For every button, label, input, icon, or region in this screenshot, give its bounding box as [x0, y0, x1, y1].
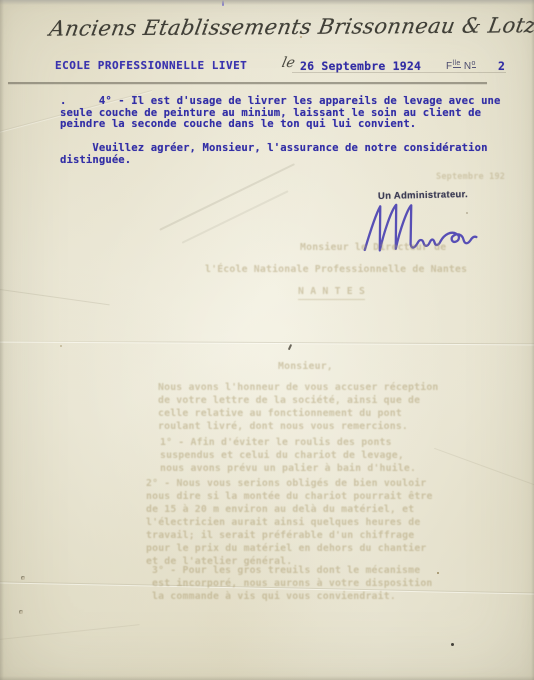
emboss-stroke [159, 163, 294, 230]
header-rule [8, 82, 487, 84]
ghost-recipient-city: N A N T E S [298, 285, 365, 300]
ghost-paragraph: 1° - Afin d'éviter le roulis des ponts s… [160, 436, 416, 475]
ghost-paragraph: Nous avons l'honneur de vous accuser réc… [158, 381, 439, 433]
ghost-date-fragment: Septembre 192 [436, 171, 505, 184]
ghost-paragraph: 2° - Nous vous serions obligés de bien v… [146, 477, 433, 568]
ghost-recipient-line: Monsieur le Directeur de [300, 241, 446, 254]
scan-edge-left [0, 0, 4, 680]
dark-speck [451, 643, 454, 646]
ink-mark-top-edge [222, 0, 224, 6]
closing-paragraph: Veuillez agréer, Monsieur, l'assurance d… [60, 143, 488, 166]
fold-crease-middle [0, 341, 534, 347]
crease-left-mid [0, 288, 110, 308]
ink-slash-mark [288, 344, 292, 350]
pin-hole [21, 576, 25, 580]
speck [60, 345, 62, 347]
folio-label: Flle No [446, 60, 476, 72]
school-stamp: ECOLE PROFESSIONNELLE LIVET [55, 59, 247, 72]
ghost-greeting: Monsieur, [278, 360, 333, 373]
company-name-script: Anciens Etablissements Brissonneau & Lot… [48, 13, 534, 40]
crease-right-bottom [433, 448, 534, 495]
scan-edge-bottom [0, 676, 534, 680]
ghost-recipient-line: l'École Nationale Professionnelle de Nan… [205, 263, 467, 276]
speck [437, 572, 439, 574]
pin-hole [19, 610, 23, 614]
ghost-paragraph: 3° - Pour les gros treuils dont le mécan… [152, 564, 433, 603]
scan-edge-top [0, 0, 534, 5]
folio-number: 2 [498, 59, 505, 73]
speck [466, 212, 468, 214]
foxing-dot [300, 36, 302, 38]
scanned-letter-page: Anciens Etablissements Brissonneau & Lot… [0, 0, 534, 680]
folio-baseline-rule [292, 72, 506, 73]
date-prefix: le [280, 55, 296, 71]
crease-bottom-left [0, 624, 140, 643]
clause-paragraph: . 4° - Il est d'usage de livrer les appa… [60, 96, 501, 131]
emboss-stroke [182, 190, 289, 243]
